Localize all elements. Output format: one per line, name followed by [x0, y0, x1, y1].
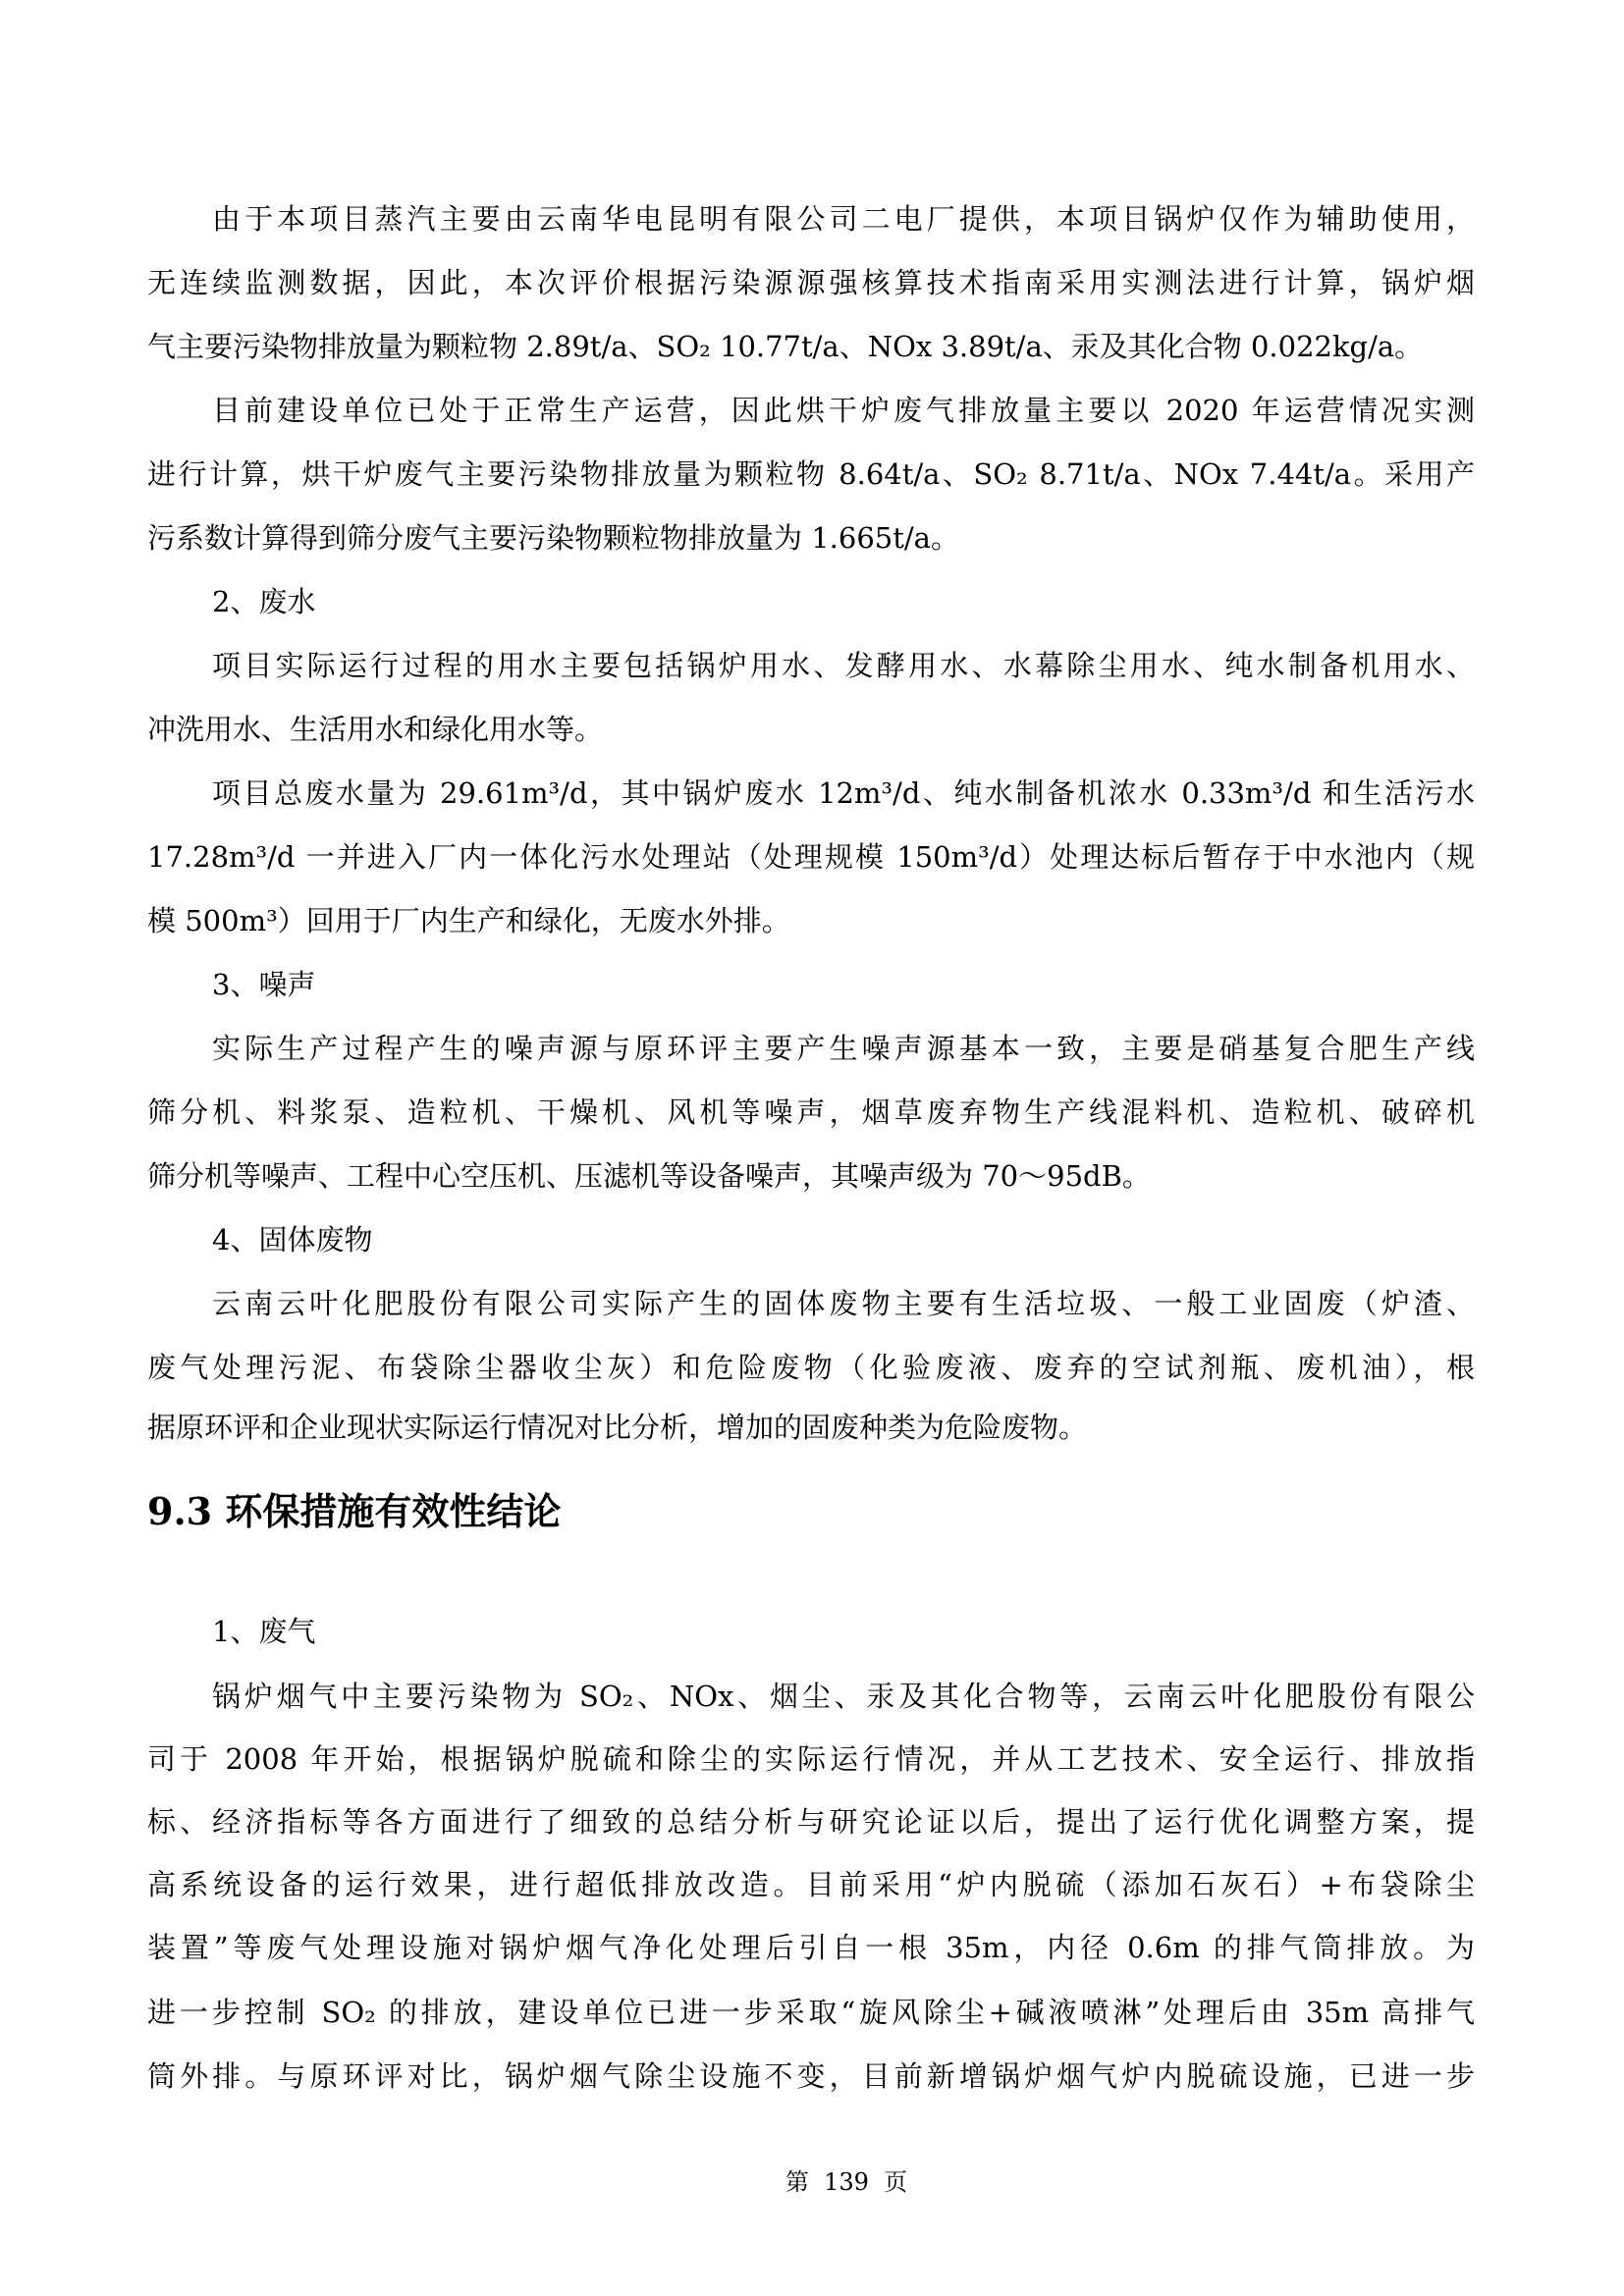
paragraph-line: 无连续监测数据，因此，本次评价根据污染源源强核算技术指南采用实测法进行计算，锅炉…: [147, 263, 1475, 302]
paragraph-line: 冲洗用水、生活用水和绿化用水等。: [147, 710, 1475, 749]
paragraph-line: 气主要污染物排放量为颗粒物 2.89t/a、SO₂ 10.77t/a、NOx 3…: [147, 327, 1475, 366]
paragraph-line: 目前建设单位已处于正常生产运营，因此烘干炉废气排放量主要以 2020 年运营情况…: [212, 391, 1475, 430]
paragraph-line: 实际生产过程产生的噪声源与原环评主要产生噪声源基本一致，主要是硝基复合肥生产线: [212, 1029, 1475, 1068]
paragraph-line: 据原环评和企业现状实际运行情况对比分析，增加的固废种类为危险废物。: [147, 1408, 1475, 1447]
paragraph-line: 项目总废水量为 29.61m³/d，其中锅炉废水 12m³/d、纯水制备机浓水 …: [212, 774, 1475, 813]
paragraph-line: 司于 2008 年开始，根据锅炉脱硫和除尘的实际运行情况，并从工艺技术、安全运行…: [147, 1739, 1475, 1779]
paragraph-line: 筒外排。与原环评对比，锅炉烟气除尘设施不变，目前新增锅炉烟气炉内脱硫设施，已进一…: [147, 2056, 1475, 2096]
paragraph-line: 进一步控制 SO₂ 的排放，建设单位已进一步采取“旋风除尘+碱液喷淋”处理后由 …: [147, 1993, 1475, 2032]
paragraph-line: 废气处理污泥、布袋除尘器收尘灰）和危险废物（化验废液、废弃的空试剂瓶、废机油），…: [147, 1348, 1475, 1387]
paragraph-line: 高系统设备的运行效果，进行超低排放改造。目前采用“炉内脱硫（添加石灰石）+布袋除…: [147, 1865, 1475, 1904]
paragraph-line: 筛分机等噪声、工程中心空压机、压滤机等设备噪声，其噪声级为 70～95dB。: [147, 1156, 1475, 1196]
paragraph-line: 进行计算，烘干炉废气主要污染物排放量为颗粒物 8.64t/a、SO₂ 8.71t…: [147, 454, 1475, 494]
subsection-noise: 3、噪声: [212, 965, 315, 1004]
paragraph-line: 筛分机、料浆泵、造粒机、干燥机、风机等噪声，烟草废弃物生产线混料机、造粒机、破碎…: [147, 1093, 1475, 1132]
paragraph-line: 标、经济指标等各方面进行了细致的总结分析与研究论证以后，提出了运行优化调整方案，…: [147, 1802, 1475, 1842]
paragraph-line: 污系数计算得到筛分废气主要污染物颗粒物排放量为 1.665t/a。: [147, 518, 1475, 558]
paragraph-line: 项目实际运行过程的用水主要包括锅炉用水、发酵用水、水幕除尘用水、纯水制备机用水、: [212, 646, 1475, 685]
section-heading: 9.3 环保措施有效性结论: [147, 1487, 561, 1536]
document-page: 由于本项目蒸汽主要由云南华电昆明有限公司二电厂提供，本项目锅炉仅作为辅助使用， …: [0, 0, 1624, 2296]
paragraph-line: 由于本项目蒸汽主要由云南华电昆明有限公司二电厂提供，本项目锅炉仅作为辅助使用，: [212, 199, 1475, 239]
paragraph-line: 模 500m³）回用于厂内生产和绿化，无废水外排。: [147, 901, 1475, 940]
paragraph-line: 装置”等废气处理设施对锅炉烟气净化处理后引自一根 35m，内径 0.6m 的排气…: [147, 1928, 1475, 1967]
paragraph-line: 云南云叶化肥股份有限公司实际产生的固体废物主要有生活垃圾、一般工业固废（炉渣、: [212, 1284, 1475, 1323]
subsection-exhaust: 1、废气: [212, 1612, 315, 1651]
subsection-wastewater: 2、废水: [212, 582, 315, 621]
paragraph-line: 锅炉烟气中主要污染物为 SO₂、NOx、烟尘、汞及其化合物等，云南云叶化肥股份有…: [212, 1677, 1475, 1716]
paragraph-line: 17.28m³/d 一并进入厂内一体化污水处理站（处理规模 150m³/d）处理…: [147, 837, 1475, 877]
page-number: 第 139 页: [0, 2165, 1624, 2199]
subsection-solid-waste: 4、固体废物: [212, 1220, 372, 1259]
